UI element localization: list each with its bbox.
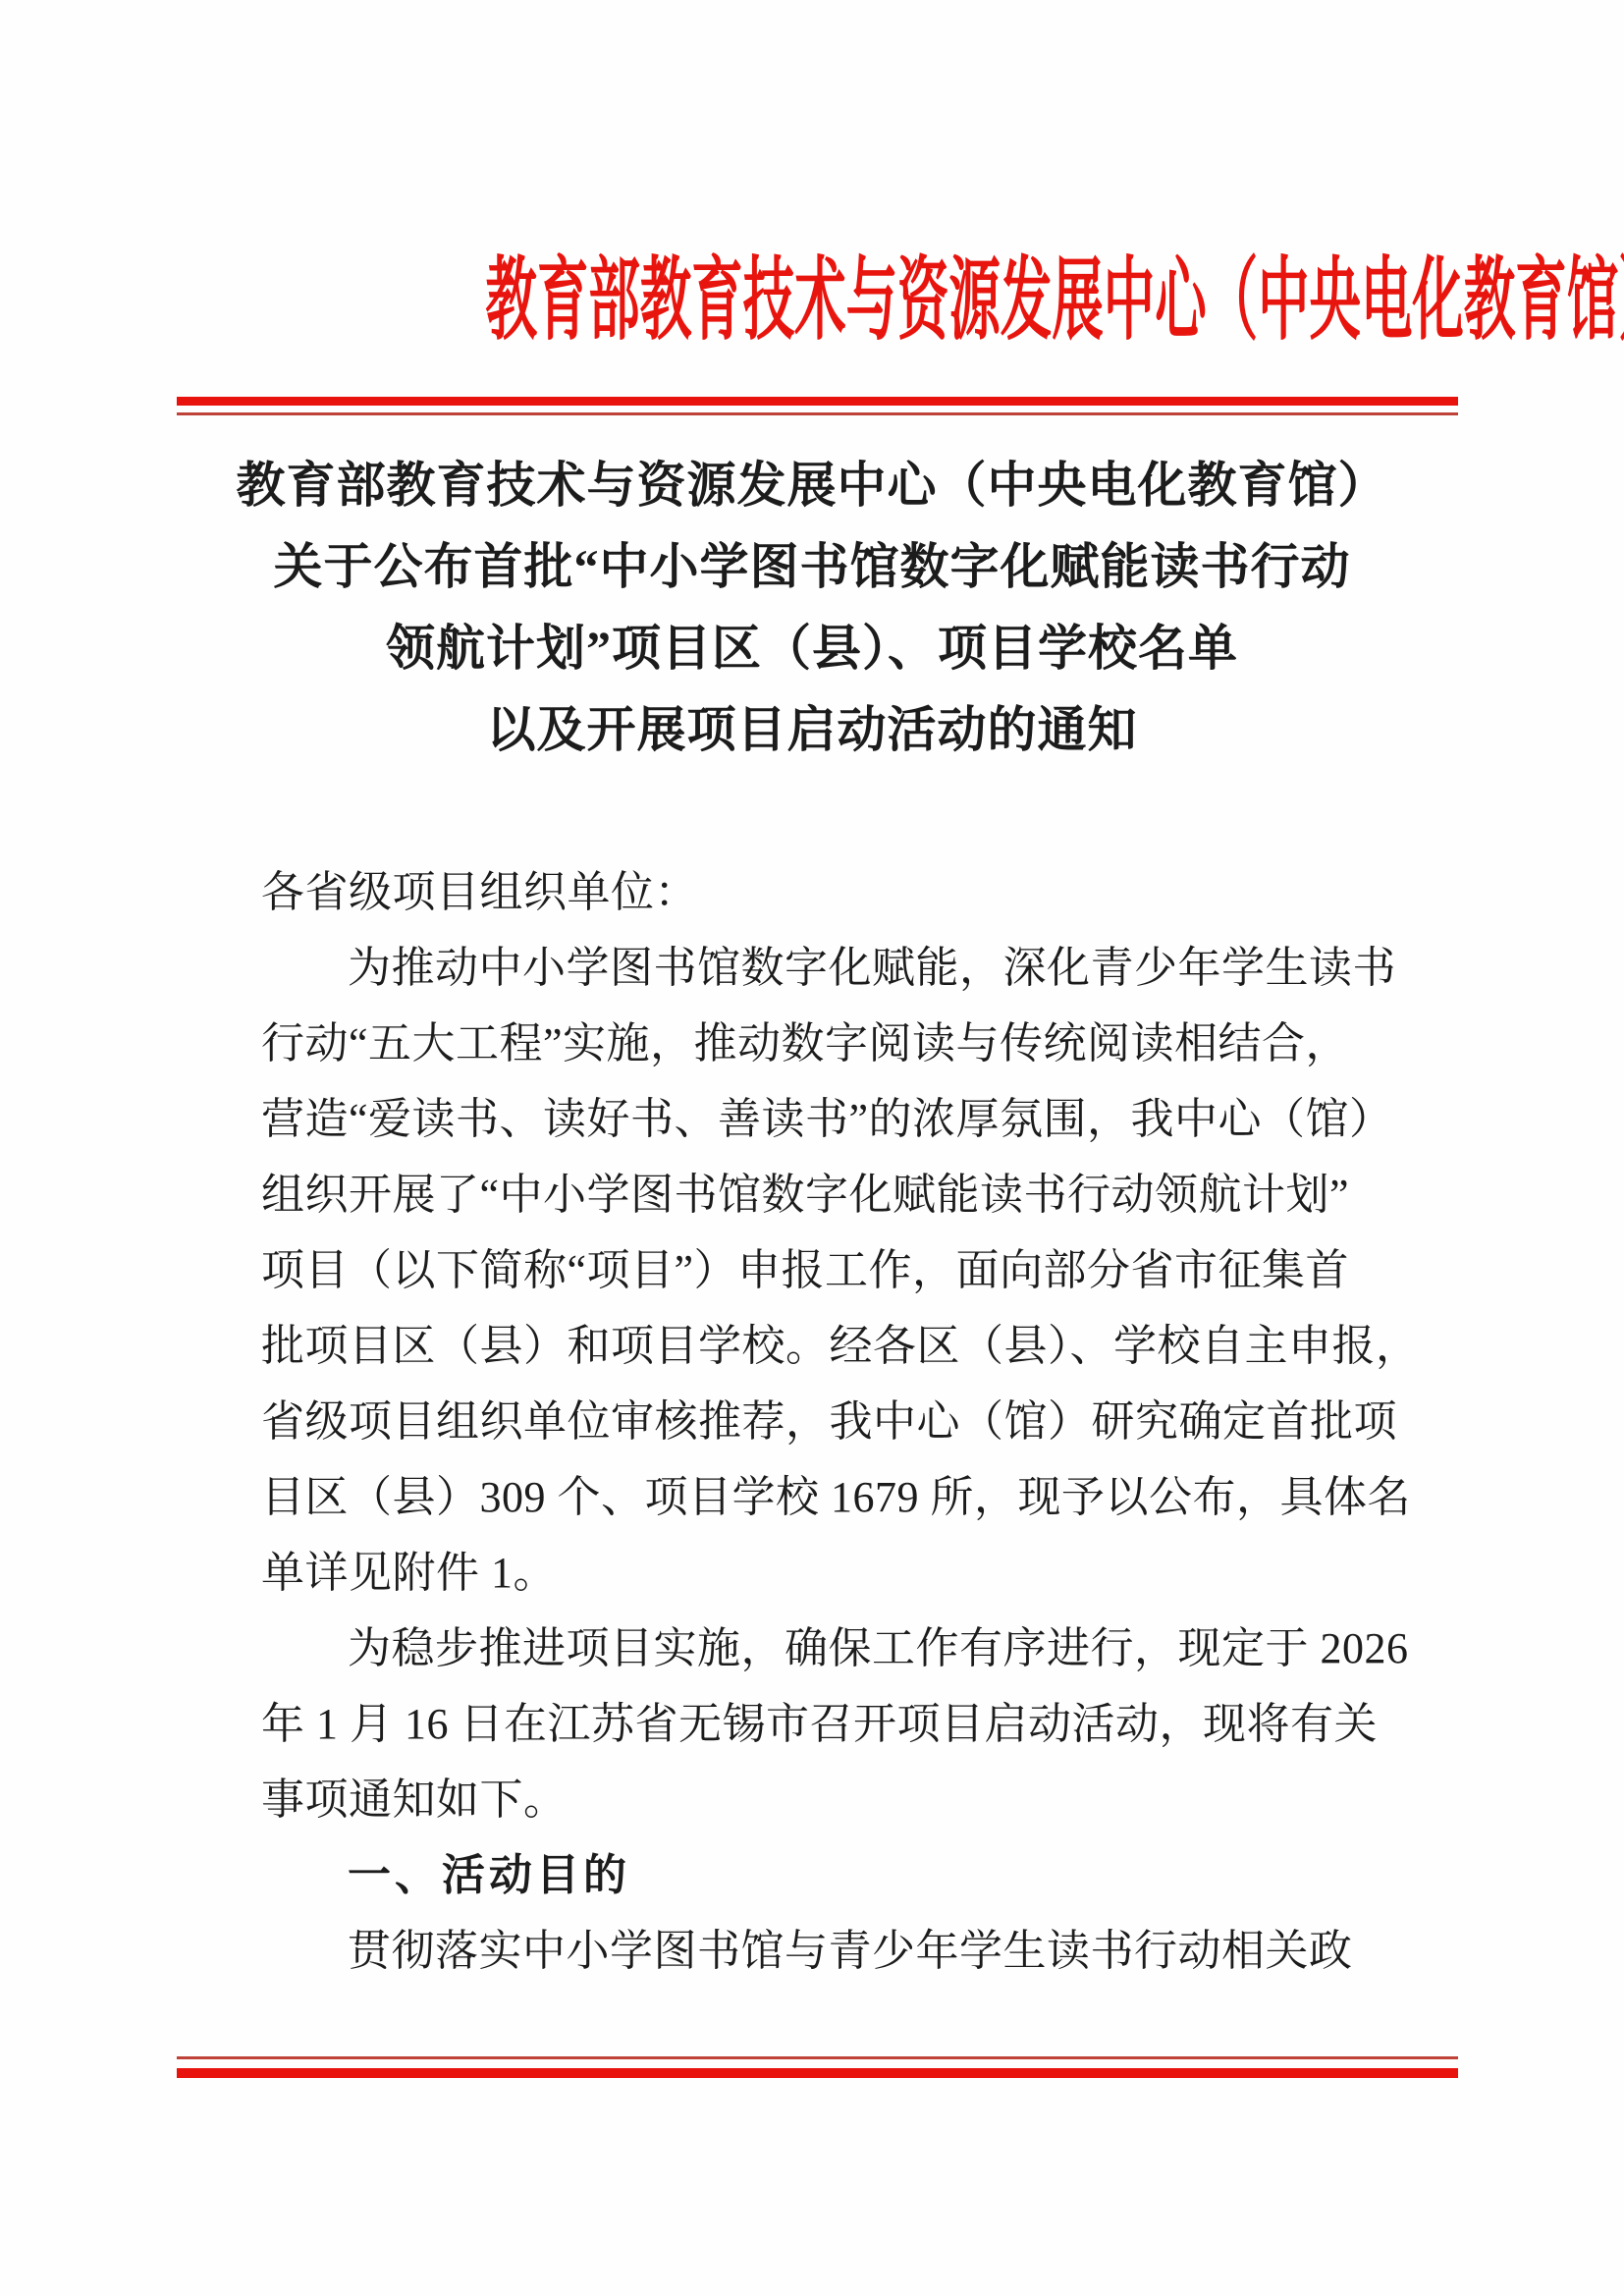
body-line: 目区（县）309 个、项目学校 1679 所，现予以公布，具体名 (261, 1459, 1430, 1535)
body-line: 单详见附件 1。 (261, 1535, 1430, 1611)
letterhead-banner: 教育部教育技术与资源发展中心（中央电化教育馆）函件 (0, 247, 1624, 354)
body-line: 为推动中小学图书馆数字化赋能，深化青少年学生读书 (261, 930, 1430, 1006)
body-line: 省级项目组织单位审核推荐，我中心（馆）研究确定首批项 (261, 1384, 1430, 1459)
document-title-line-1: 教育部教育技术与资源发展中心（中央电化教育馆） (0, 445, 1624, 526)
salutation-line: 各省级项目组织单位： (261, 854, 1430, 930)
body-line: 年 1 月 16 日在江苏省无锡市召开项目启动活动，现将有关 (261, 1686, 1430, 1762)
header-rule-thick (177, 397, 1458, 406)
letterhead-banner-text: 教育部教育技术与资源发展中心（中央电化教育馆）函件 (486, 247, 1624, 354)
document-title-line-4: 以及开展项目启动活动的通知 (0, 689, 1624, 771)
body-line: 事项通知如下。 (261, 1762, 1430, 1837)
document-title-line-3: 领航计划”项目区（县）、项目学校名单 (0, 608, 1624, 689)
footer-rule-thin (177, 2056, 1458, 2059)
body-line: 行动“五大工程”实施，推动数字阅读与传统阅读相结合， (261, 1006, 1430, 1081)
document-title: 教育部教育技术与资源发展中心（中央电化教育馆） 关于公布首批“中小学图书馆数字化… (0, 445, 1624, 771)
body-line: 为稳步推进项目实施，确保工作有序进行，现定于 2026 (261, 1611, 1430, 1686)
document-page: 教育部教育技术与资源发展中心（中央电化教育馆）函件 教育部教育技术与资源发展中心… (0, 0, 1624, 2296)
body-line: 营造“爱读书、读好书、善读书”的浓厚氛围，我中心（馆） (261, 1081, 1430, 1157)
document-body: 各省级项目组织单位： 为推动中小学图书馆数字化赋能，深化青少年学生读书 行动“五… (261, 854, 1430, 1989)
body-line: 项目（以下简称“项目”）申报工作，面向部分省市征集首 (261, 1232, 1430, 1308)
body-line: 批项目区（县）和项目学校。经各区（县）、学校自主申报， (261, 1308, 1430, 1384)
body-line: 贯彻落实中小学图书馆与青少年学生读书行动相关政 (261, 1913, 1430, 1989)
footer-rule-thick (177, 2068, 1458, 2078)
header-rule-thin (177, 412, 1458, 415)
body-line: 组织开展了“中小学图书馆数字化赋能读书行动领航计划” (261, 1157, 1430, 1232)
section-heading-activity-purpose: 一、活动目的 (261, 1837, 1430, 1913)
document-title-line-2: 关于公布首批“中小学图书馆数字化赋能读书行动 (0, 526, 1624, 608)
